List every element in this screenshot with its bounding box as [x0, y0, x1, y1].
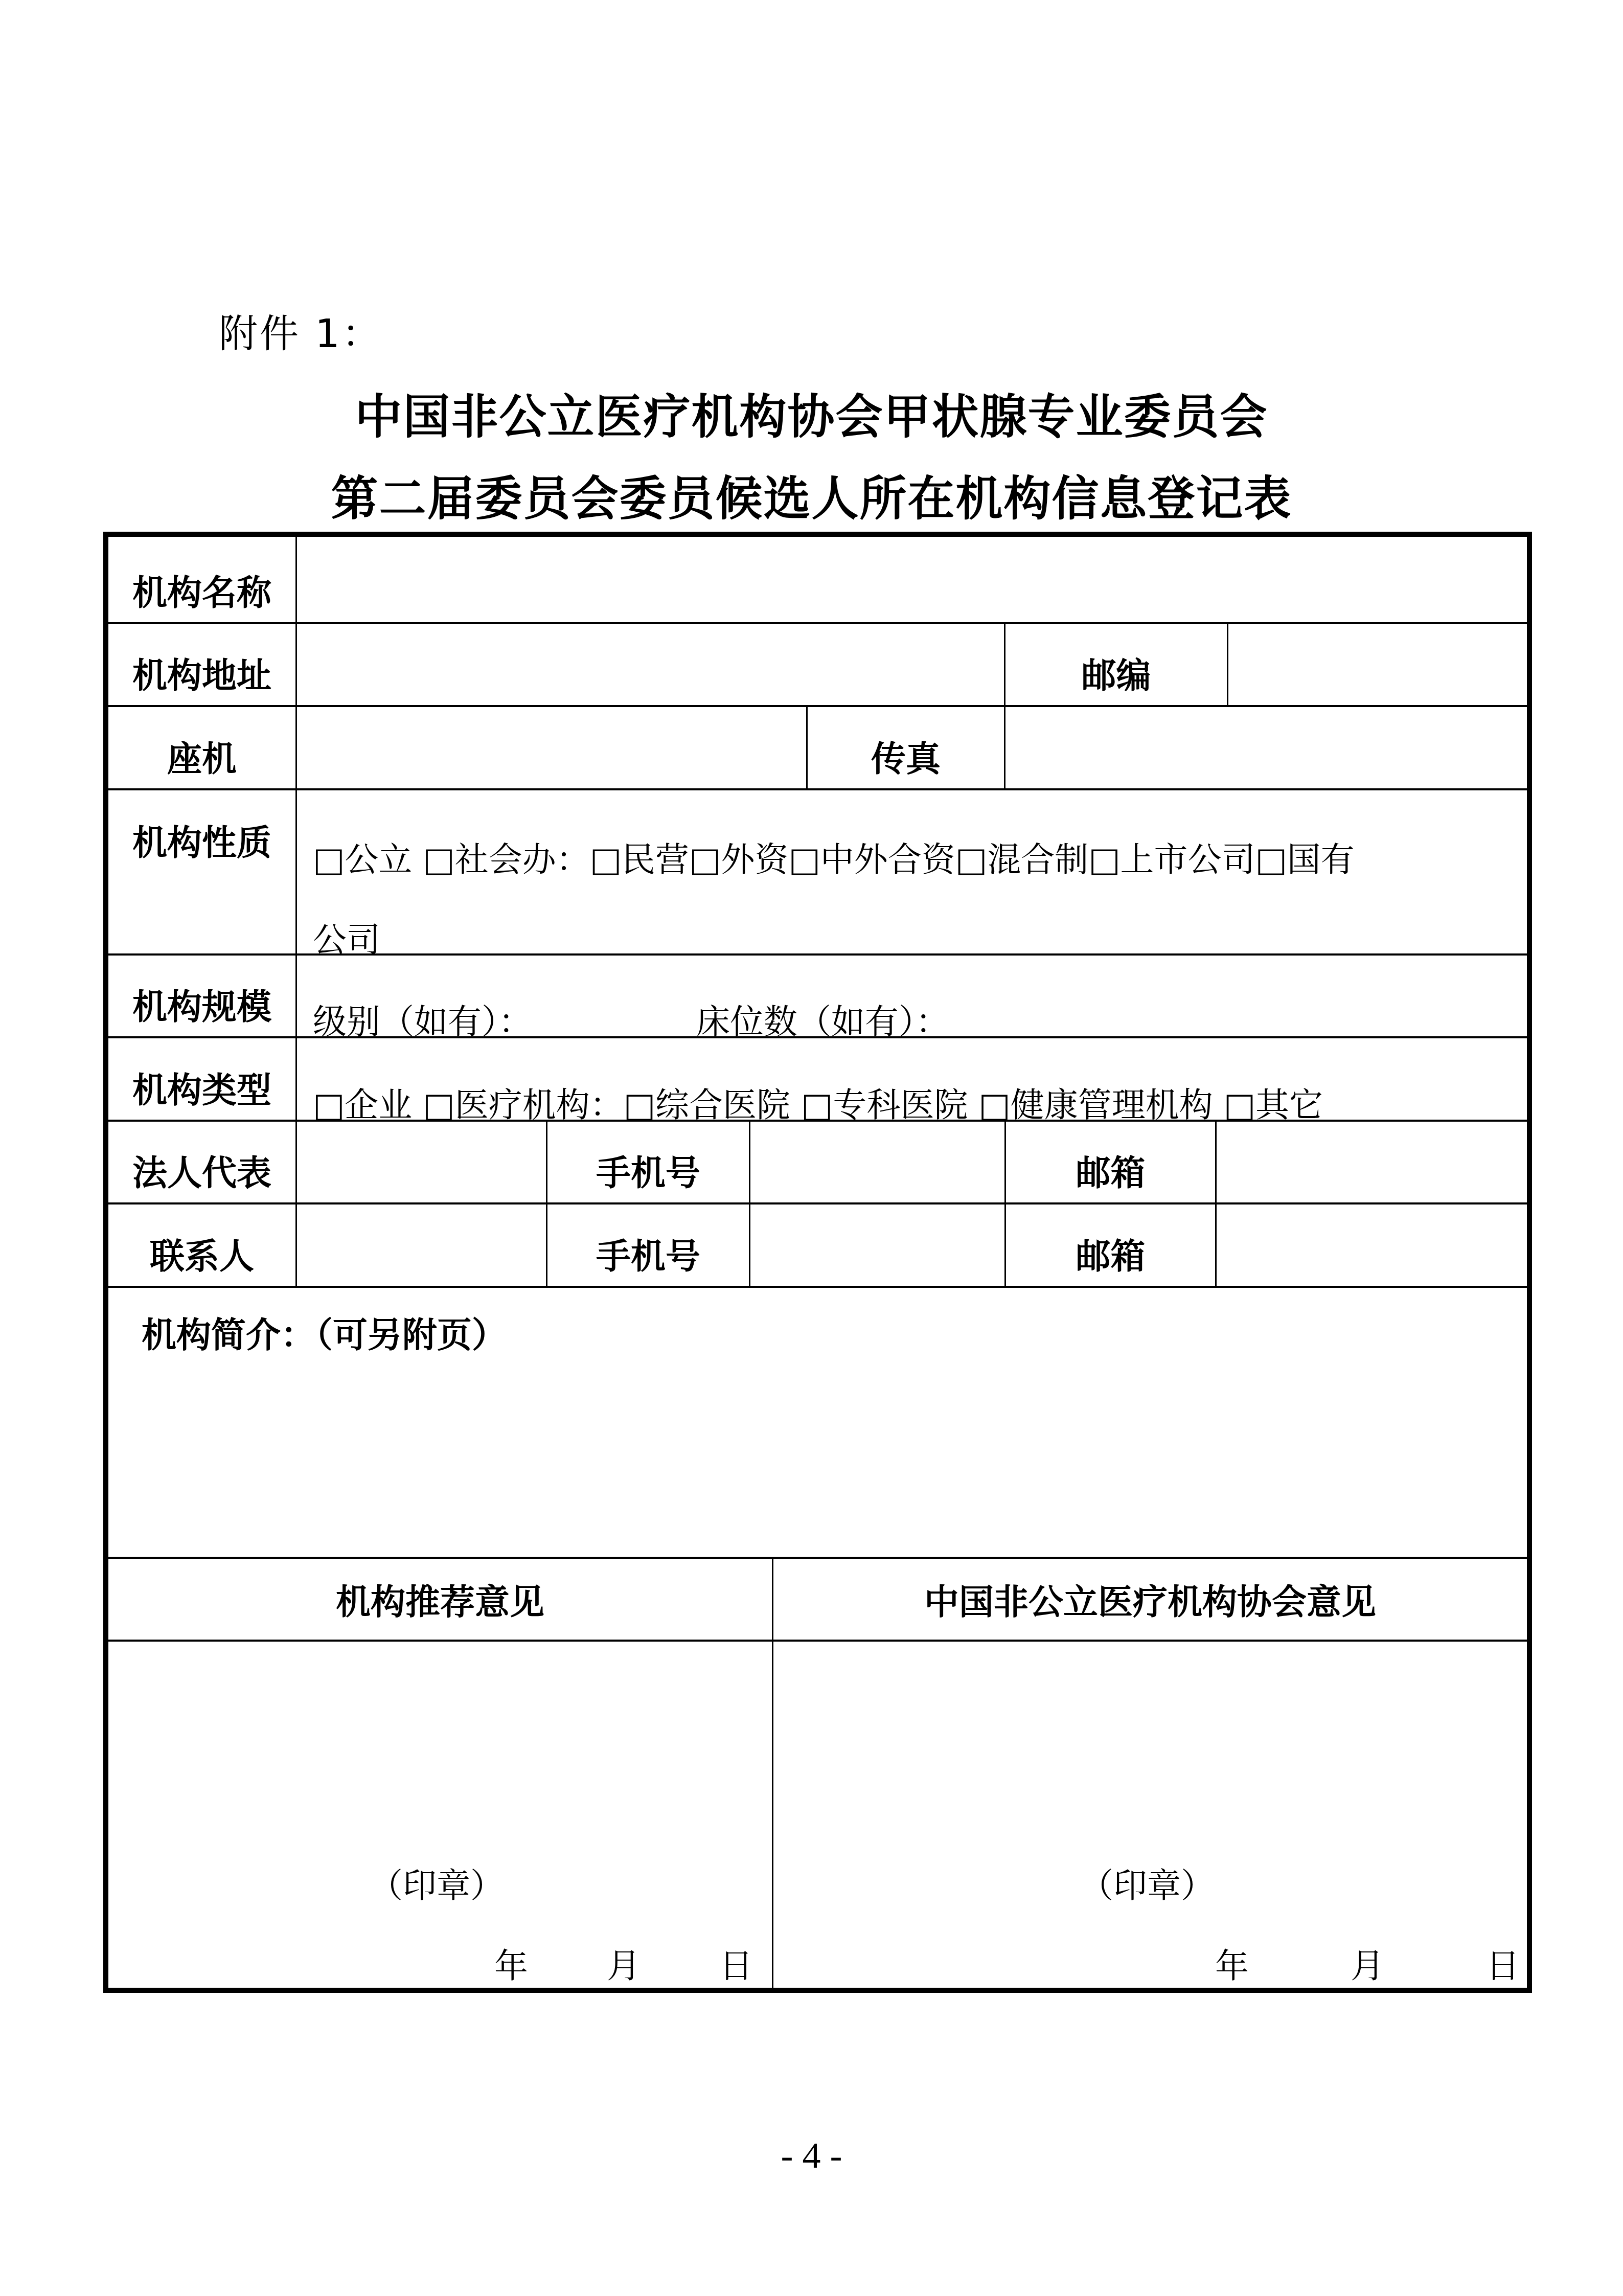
association-opinion-field[interactable]: [773, 1642, 1527, 1988]
row-divider: [108, 788, 1527, 790]
nature-label: 机构性质: [108, 790, 295, 872]
form-title-line1: 中国非公立医疗机构协会甲状腺专业委员会: [0, 379, 1623, 447]
nature-options-cont: 公司: [313, 913, 380, 961]
attachment-label: 附件 1：: [219, 303, 383, 358]
address-field[interactable]: [298, 624, 1004, 705]
contact-email-label: 邮箱: [1006, 1204, 1215, 1286]
contact-mobile-label: 手机号: [547, 1204, 749, 1286]
association-month: 月: [1351, 1939, 1384, 1987]
contact-name-field[interactable]: [298, 1204, 546, 1286]
row-divider: [108, 1286, 1527, 1288]
contact-mobile-field[interactable]: [750, 1204, 1004, 1286]
phone-field[interactable]: [298, 707, 806, 788]
contact-email-field[interactable]: [1217, 1204, 1527, 1286]
contact-label: 联系人: [108, 1204, 295, 1286]
type-options[interactable]: □企业 □医疗机构：□综合医院 □专科医院 □健康管理机构 □其它: [313, 1078, 1323, 1126]
scale-label: 机构规模: [108, 956, 295, 1036]
intro-label: 机构简介：（可另附页）: [142, 1308, 507, 1357]
form-title-line2: 第二届委员会委员候选人所在机构信息登记表: [0, 461, 1623, 529]
address-label: 机构地址: [108, 624, 295, 705]
fax-field[interactable]: [1005, 707, 1527, 788]
recommend-month: 月: [607, 1939, 641, 1987]
recommend-opinion-field[interactable]: [108, 1642, 772, 1988]
recommend-year: 年: [494, 1939, 528, 1987]
page-number: - 4 -: [0, 2134, 1623, 2177]
legal-rep-label: 法人代表: [108, 1122, 295, 1202]
phone-label: 座机: [108, 707, 295, 788]
intro-field[interactable]: [108, 1355, 1527, 1554]
label-column-divider: [295, 537, 297, 1287]
name-label: 机构名称: [108, 537, 295, 622]
legal-rep-email-label: 邮箱: [1006, 1122, 1215, 1202]
recommend-seal: （印章）: [369, 1858, 504, 1907]
postcode-label: 邮编: [1005, 624, 1227, 705]
association-day: 日: [1486, 1939, 1520, 1987]
institution-name-field[interactable]: [298, 537, 1527, 622]
legal-rep-mobile-field[interactable]: [750, 1122, 1004, 1202]
association-year: 年: [1215, 1939, 1249, 1987]
type-label: 机构类型: [108, 1038, 295, 1120]
scale-level-field[interactable]: 级别（如有）：: [313, 994, 532, 1043]
postcode-field[interactable]: [1228, 624, 1527, 705]
legal-rep-mobile-label: 手机号: [547, 1122, 749, 1202]
registration-table: 机构名称 机构地址 邮编 座机 传真 机构性质 □公立 □社会办：□民营□外资□…: [103, 532, 1532, 1993]
recommend-header: 机构推荐意见: [108, 1559, 772, 1640]
association-header: 中国非公立医疗机构协会意见: [773, 1559, 1527, 1640]
association-seal: （印章）: [1080, 1858, 1215, 1907]
scale-beds-field[interactable]: 床位数（如有）：: [696, 994, 949, 1043]
nature-options[interactable]: □公立 □社会办：□民营□外资□中外合资□混合制□上市公司□国有: [313, 832, 1355, 881]
fax-label: 传真: [808, 707, 1004, 788]
legal-rep-name-field[interactable]: [298, 1122, 546, 1202]
recommend-day: 日: [719, 1939, 753, 1987]
legal-rep-email-field[interactable]: [1217, 1122, 1527, 1202]
